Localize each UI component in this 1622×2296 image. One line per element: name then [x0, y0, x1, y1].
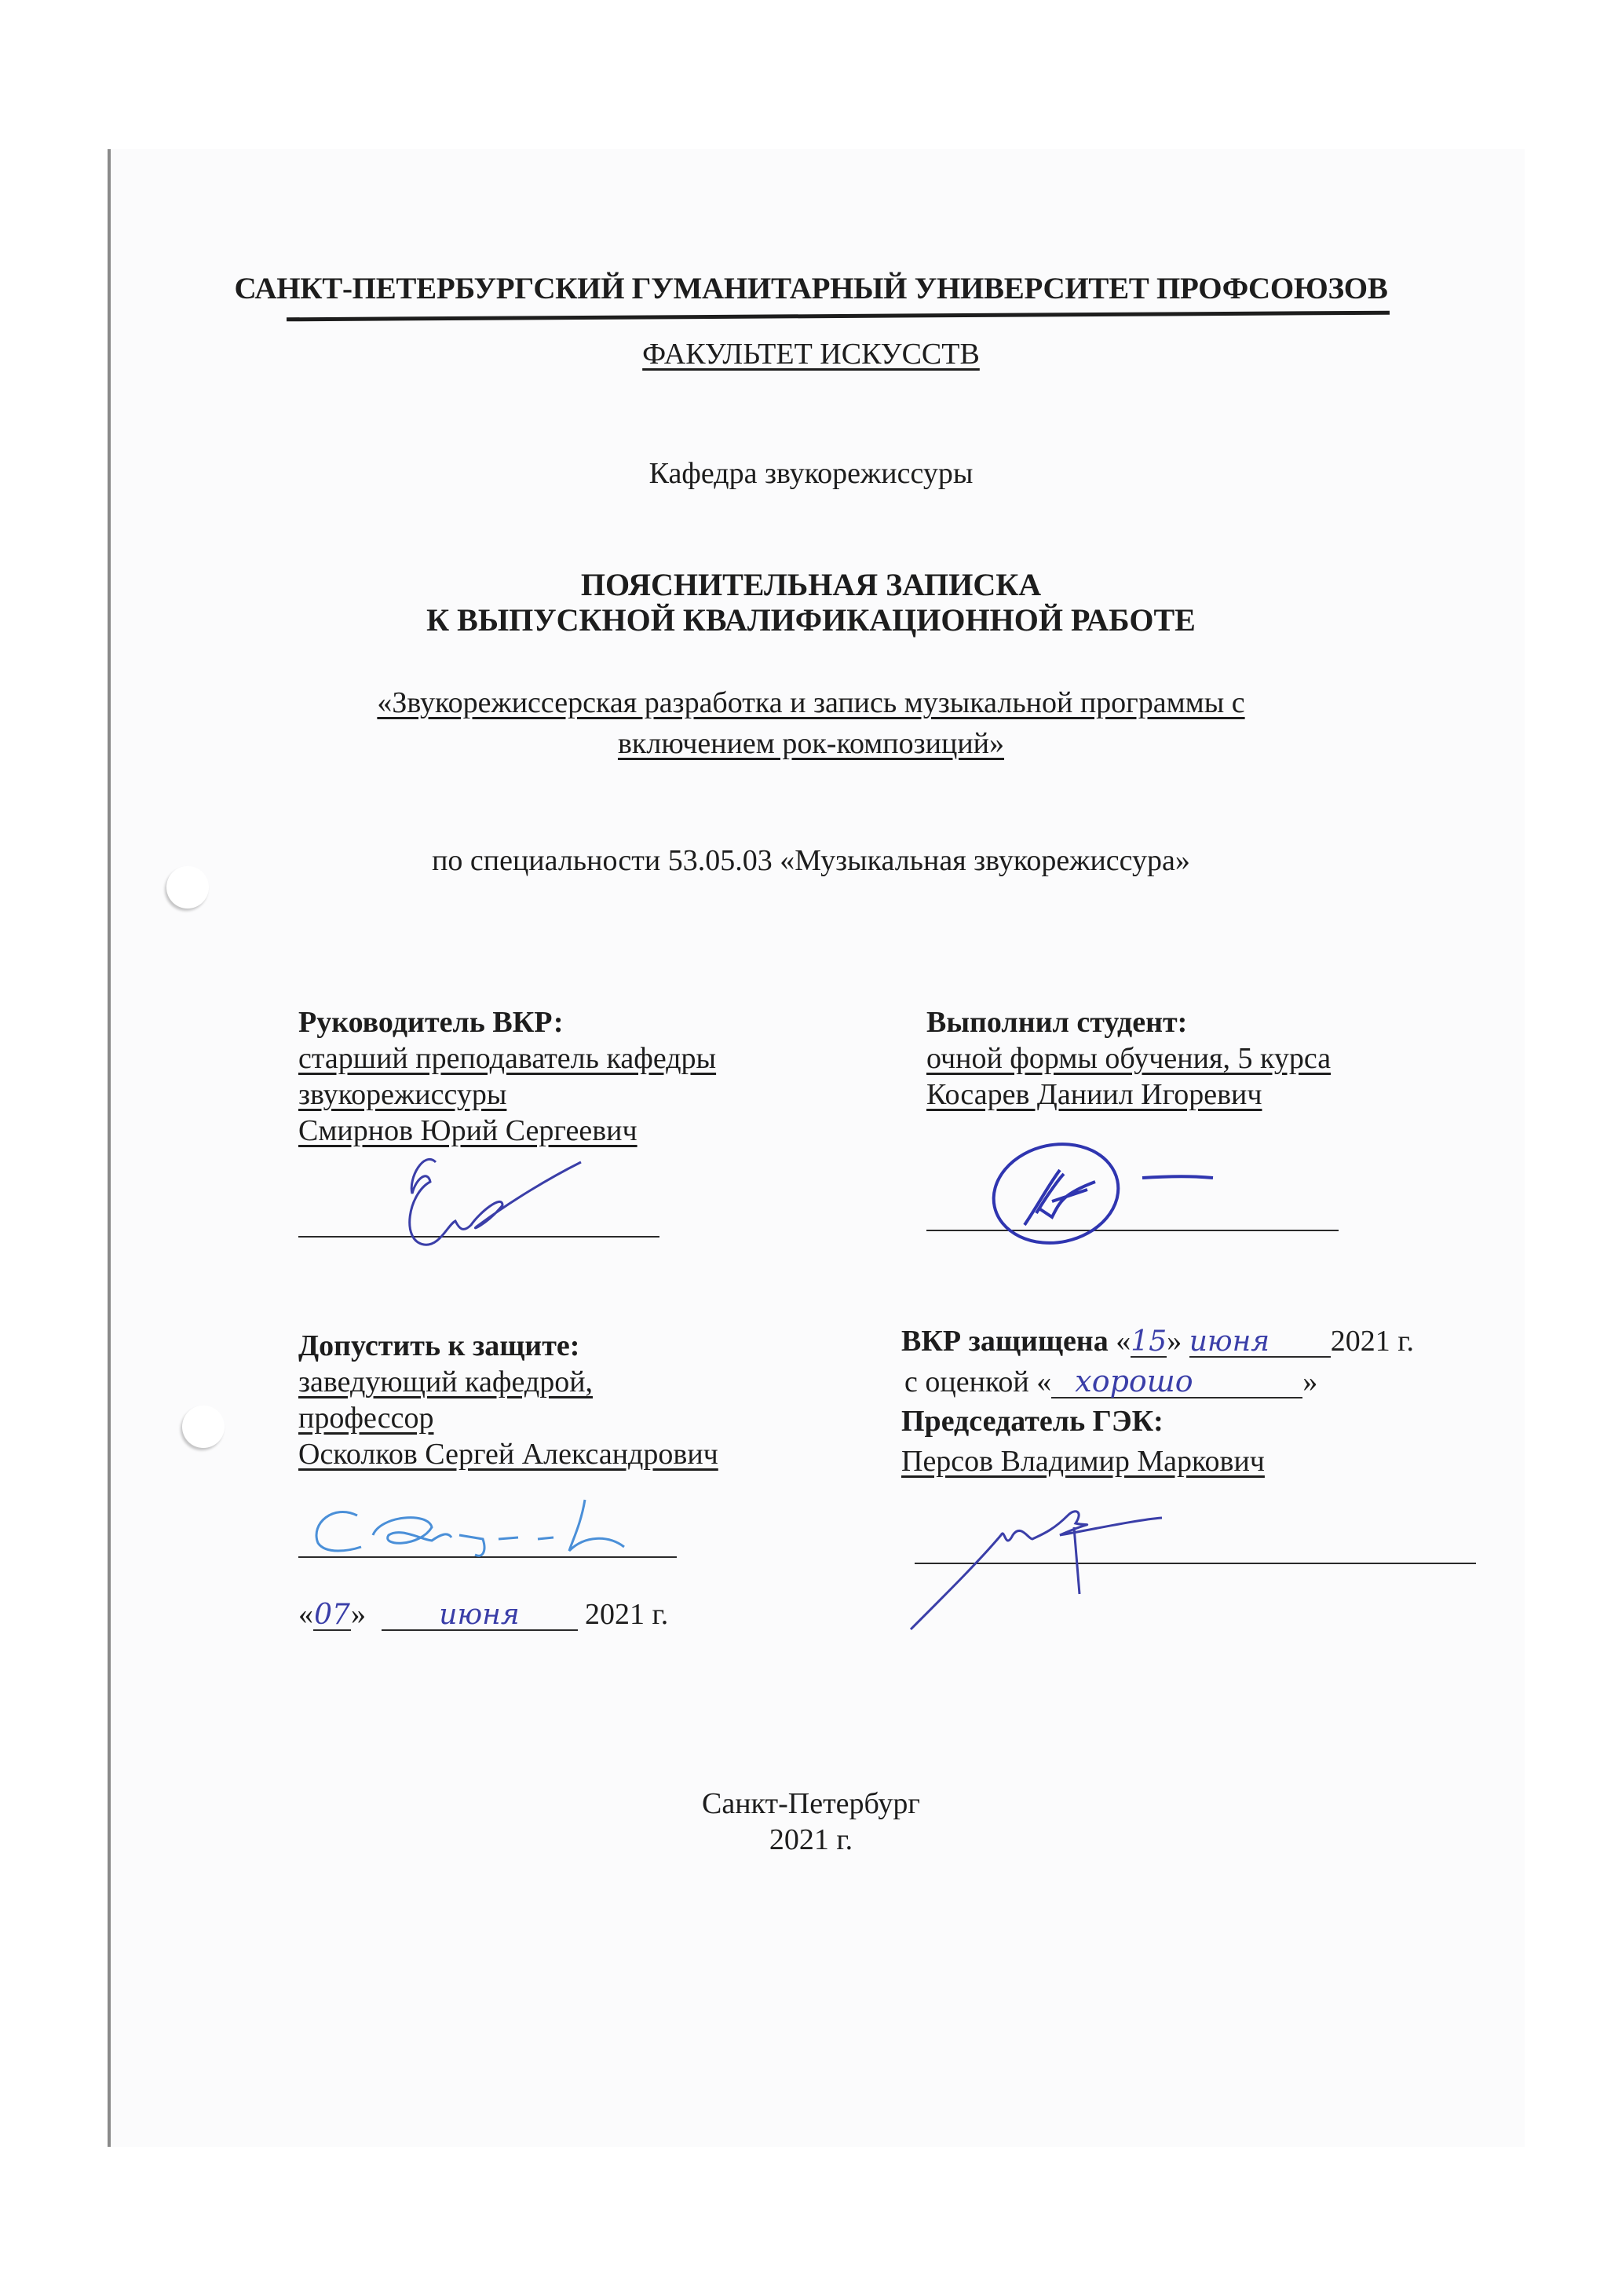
defense-year: 2021 г.: [1331, 1325, 1414, 1358]
topic-text-2: включением рок-композиций»: [618, 727, 1004, 760]
document-title-line2: К ВЫПУСКНОЙ КВАЛИФИКАЦИОННОЙ РАБОТЕ: [0, 605, 1622, 636]
admission-position-2: профессор: [298, 1403, 434, 1433]
supervisor-name: Смирнов Юрий Сергеевич: [298, 1116, 637, 1146]
supervisor-position-text-1: старший преподаватель кафедры: [298, 1042, 716, 1075]
topic-line2: включением рок-композиций»: [0, 729, 1622, 759]
admission-position-text-1: заведующий кафедрой,: [298, 1366, 593, 1398]
grade-close-quote: »: [1302, 1366, 1317, 1398]
defense-day-field: 15: [1131, 1326, 1167, 1358]
document-title-line1: ПОЯСНИТЕЛЬНАЯ ЗАПИСКА: [0, 569, 1622, 601]
admission-date-day: 07: [314, 1599, 350, 1631]
admission-date-close-quote: »: [351, 1598, 366, 1631]
admission-signature: [302, 1492, 648, 1570]
grade-field: хорошо: [1051, 1366, 1302, 1398]
student-details: очной формы обучения, 5 курса: [926, 1044, 1331, 1073]
admission-position-text-2: профессор: [298, 1402, 434, 1435]
admission-date-open-quote: «: [298, 1598, 313, 1631]
admission-position-1: заведующий кафедрой,: [298, 1367, 593, 1397]
supervisor-position-text-2: звукорежиссуры: [298, 1078, 506, 1111]
defense-line: ВКР защищена «15» июня2021 г.: [901, 1326, 1414, 1358]
admission-date-month: июня: [439, 1599, 519, 1631]
admission-date: «07» июня 2021 г.: [298, 1600, 668, 1631]
chair-heading: Председатель ГЭК:: [901, 1406, 1164, 1436]
chair-signature: [903, 1504, 1311, 1637]
topic-text-1: «Звукорежиссерская разработка и запись м…: [377, 686, 1244, 719]
department-name: Кафедра звукорежиссуры: [0, 459, 1622, 488]
city: Санкт-Петербург: [0, 1789, 1622, 1819]
student-heading: Выполнил студент:: [926, 1007, 1187, 1037]
admission-date-month-field: июня: [382, 1600, 578, 1631]
defense-month: июня: [1189, 1325, 1269, 1358]
student-name-text: Косарев Даниил Игоревич: [926, 1078, 1262, 1111]
student-name: Косарев Даниил Игоревич: [926, 1080, 1262, 1110]
student-signature: [985, 1139, 1260, 1256]
specialty: по специальности 53.05.03 «Музыкальная з…: [0, 846, 1622, 876]
footer-year: 2021 г.: [0, 1825, 1622, 1855]
grade-label: с оценкой «: [904, 1366, 1051, 1398]
admission-name-text: Осколков Сергей Александрович: [298, 1438, 718, 1471]
chair-name-text: Персов Владимир Маркович: [901, 1445, 1265, 1478]
supervisor-name-text: Смирнов Юрий Сергеевич: [298, 1114, 637, 1147]
university-name: САНКТ-ПЕТЕРБУРГСКИЙ ГУМАНИТАРНЫЙ УНИВЕРС…: [0, 273, 1622, 304]
punch-hole: [182, 1406, 225, 1448]
faculty-name: ФАКУЛЬТЕТ ИСКУССТВ: [0, 339, 1622, 369]
topic-line1: «Звукорежиссерская разработка и запись м…: [0, 688, 1622, 718]
admission-date-year: 2021 г.: [585, 1598, 668, 1631]
admission-heading: Допустить к защите:: [298, 1331, 579, 1361]
chair-name: Персов Владимир Маркович: [901, 1446, 1265, 1476]
defense-close-quote: »: [1167, 1325, 1182, 1358]
defense-day: 15: [1131, 1325, 1167, 1358]
student-details-text: очной формы обучения, 5 курса: [926, 1042, 1331, 1075]
defense-month-field: июня: [1189, 1326, 1331, 1358]
grade-value: хорошо: [1075, 1364, 1193, 1398]
admission-date-day-field: 07: [313, 1600, 351, 1631]
supervisor-position-2: звукорежиссуры: [298, 1080, 506, 1110]
admission-name: Осколков Сергей Александрович: [298, 1439, 718, 1469]
grade-line: с оценкой «хорошо»: [904, 1366, 1317, 1398]
defense-open-quote: «: [1116, 1325, 1131, 1358]
supervisor-position-1: старший преподаватель кафедры: [298, 1044, 716, 1073]
faculty-label: ФАКУЛЬТЕТ ИСКУССТВ: [642, 338, 980, 371]
supervisor-signature: [393, 1146, 628, 1256]
defense-label: ВКР защищена: [901, 1325, 1109, 1358]
supervisor-heading: Руководитель ВКР:: [298, 1007, 564, 1037]
